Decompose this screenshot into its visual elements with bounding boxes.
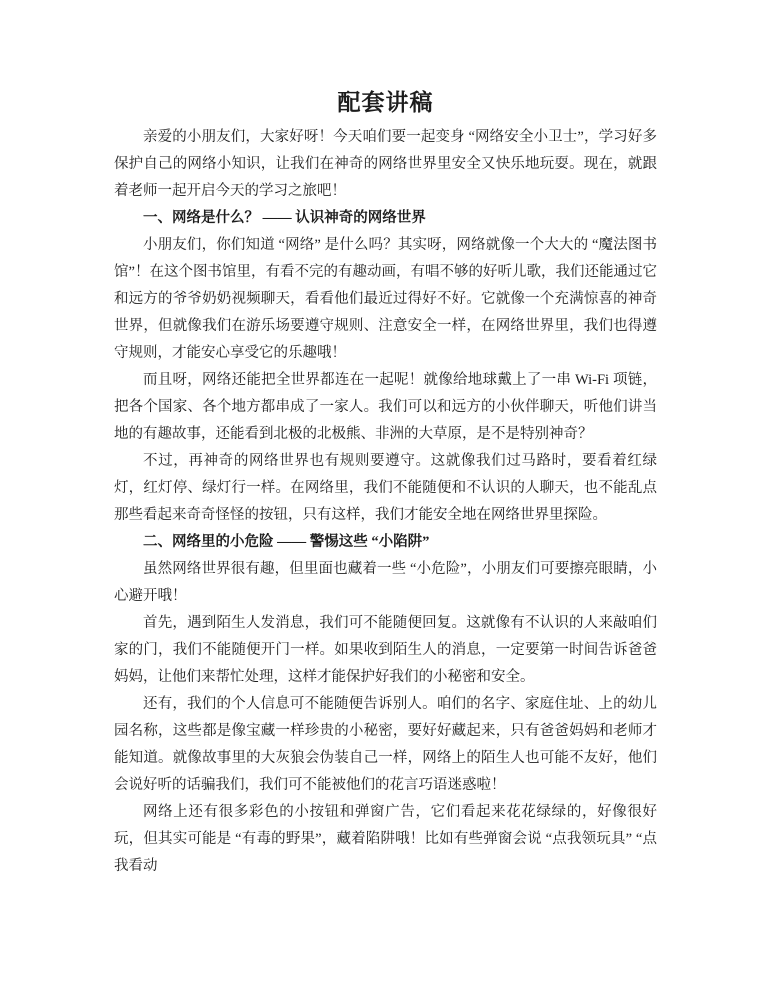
paragraph: 不过，再神奇的网络世界也有规则要遵守。这就像我们过马路时，要看着红绿灯，红灯停、… (114, 448, 657, 529)
document-page: 配套讲稿 亲爱的小朋友们，大家好呀！今天咱们要一起变身 “网络安全小卫士”，学习… (0, 0, 770, 1000)
document-title: 配套讲稿 (114, 88, 657, 118)
paragraph: 而且呀，网络还能把全世界都连在一起呢！就像给地球戴上了一串 Wi-Fi 项链，把… (114, 367, 657, 448)
paragraph: 首先，遇到陌生人发消息，我们可不能随便回复。这就像有不认识的人来敲咱们家的门，我… (114, 610, 657, 691)
section-heading: 二、网络里的小危险 —— 警惕这些 “小陷阱” (114, 529, 657, 556)
document-body: 亲爱的小朋友们，大家好呀！今天咱们要一起变身 “网络安全小卫士”，学习好多保护自… (114, 124, 657, 880)
paragraph: 网络上还有很多彩色的小按钮和弹窗广告，它们看起来花花绿绿的，好像很好玩，但其实可… (114, 799, 657, 880)
section-heading: 一、网络是什么？ —— 认识神奇的网络世界 (114, 205, 657, 232)
paragraph: 亲爱的小朋友们，大家好呀！今天咱们要一起变身 “网络安全小卫士”，学习好多保护自… (114, 124, 657, 205)
paragraph: 还有，我们的个人信息可不能随便告诉别人。咱们的名字、家庭住址、上的幼儿园名称，这… (114, 691, 657, 799)
paragraph: 虽然网络世界很有趣，但里面也藏着一些 “小危险”，小朋友们可要擦亮眼睛，小心避开… (114, 556, 657, 610)
paragraph: 小朋友们，你们知道 “网络” 是什么吗？其实呀，网络就像一个大大的 “魔法图书馆… (114, 232, 657, 367)
